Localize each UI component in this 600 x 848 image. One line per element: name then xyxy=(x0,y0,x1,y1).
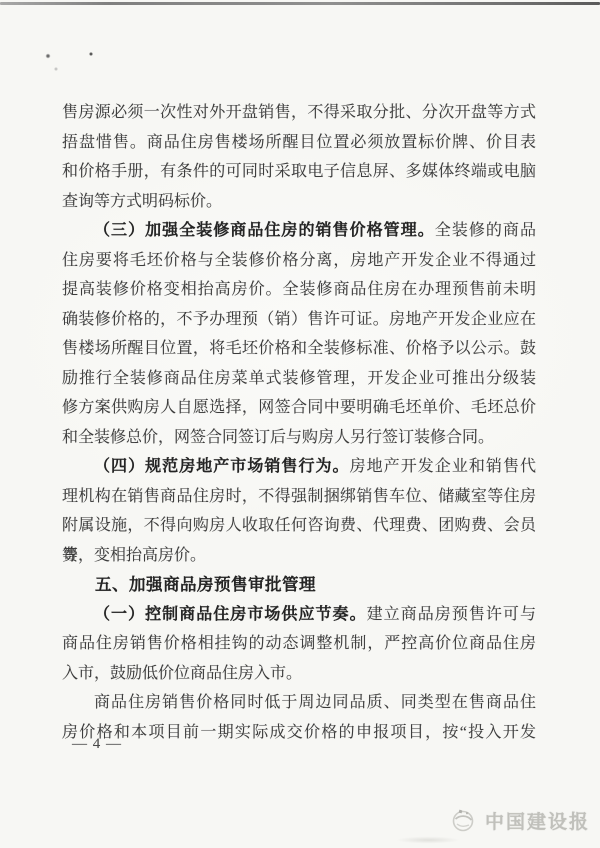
document-line: 理机构在销售商品住房时，不得强制捆绑销售车位、储藏室等住房 xyxy=(62,482,536,512)
document-line: 商品住房销售价格同时低于周边同品质、同类型在售商品住 xyxy=(62,688,536,718)
document-text: 和全装修总价，网签合同签订后与购房人另行签订装修合同。 xyxy=(62,429,494,446)
document-line: （一）控制商品住房市场供应节奏。建立商品房预售许可与 xyxy=(62,600,536,630)
document-line: 修方案供购房人自愿选择，网签合同中要明确毛坯单价、毛坯总价 xyxy=(62,393,536,423)
document-line: 确装修价格的，不予办理预（销）售许可证。房地产开发企业应在 xyxy=(62,305,536,335)
document-text: 住房要将毛坯价格与全装修价格分离，房地产开发企业不得通过 xyxy=(62,252,536,269)
footer-watermark: 中国建设报 xyxy=(450,804,590,836)
document-line: 售楼场所醒目位置，将毛坯价格和全装修标准、价格予以公示。鼓 xyxy=(62,334,536,364)
document-body: 售房源必须一次性对外开盘销售，不得采取分批、分次开盘等方式捂盘惜售。商品住房售楼… xyxy=(62,98,536,747)
document-line: 励推行全装修商品住房菜单式装修管理，开发企业可推出分级装 xyxy=(62,364,536,394)
document-line: 入市，鼓励低价位商品住房入市。 xyxy=(62,659,536,689)
document-text-bold: （一）控制商品住房市场供应节奏。 xyxy=(94,606,367,623)
document-text: 查询等方式明码标价。 xyxy=(62,193,222,210)
document-heading-line: 五、加强商品房预售审批管理 xyxy=(62,570,536,600)
document-line: 等，变相抬高房价。 xyxy=(62,541,536,571)
document-line: （三）加强全装修商品住房的销售价格管理。全装修的商品 xyxy=(62,216,536,246)
document-text: 商品住房销售价格同时低于周边同品质、同类型在售商品住 xyxy=(94,694,536,711)
brand-name: 中国建设报 xyxy=(485,807,590,834)
page-number: — 4 — xyxy=(72,736,122,753)
document-text: 售楼场所醒目位置，将毛坯价格和全装修标准、价格予以公示。鼓 xyxy=(62,340,536,357)
document-text-bold: （四）规范房地产市场销售行为。 xyxy=(94,458,350,475)
brand-logo-icon xyxy=(450,807,476,833)
document-text: 确装修价格的，不予办理预（销）售许可证。房地产开发企业应在 xyxy=(62,311,536,328)
document-line: 房价格和本项目前一期实际成交价格的申报项目，按“投入开发 xyxy=(62,718,536,748)
document-text: 理机构在销售商品住房时，不得强制捆绑销售车位、储藏室等住房 xyxy=(62,488,536,505)
document-text: 励推行全装修商品住房菜单式装修管理，开发企业可推出分级装 xyxy=(62,370,536,387)
document-text: 商品住房销售价格相挂钩的动态调整机制，严控高价位商品住房 xyxy=(62,635,536,652)
document-text: 建立商品房预售许可与 xyxy=(367,606,536,623)
document-line: 捂盘惜售。商品住房售楼场所醒目位置必须放置标价牌、价目表 xyxy=(62,128,536,158)
document-text: 修方案供购房人自愿选择，网签合同中要明确毛坯单价、毛坯总价 xyxy=(62,399,536,416)
document-text: 全装修的商品 xyxy=(435,222,536,239)
document-line: 和价格手册，有条件的可同时采取电子信息屏、多媒体终端或电脑 xyxy=(62,157,536,187)
document-text: 捂盘惜售。商品住房售楼场所醒目位置必须放置标价牌、价目表 xyxy=(62,134,536,151)
document-line: 商品住房销售价格相挂钩的动态调整机制，严控高价位商品住房 xyxy=(62,629,536,659)
document-text-bold: 五、加强商品房预售审批管理 xyxy=(95,576,316,594)
document-line: 提高装修价格变相抬高房价。全装修商品住房在办理预售前未明 xyxy=(62,275,536,305)
document-text: 入市，鼓励低价位商品住房入市。 xyxy=(62,665,302,682)
scanned-document-page: 售房源必须一次性对外开盘销售，不得采取分批、分次开盘等方式捂盘惜售。商品住房售楼… xyxy=(0,0,600,848)
document-text: 提高装修价格变相抬高房价。全装修商品住房在办理预售前未明 xyxy=(62,281,536,298)
document-line: （四）规范房地产市场销售行为。房地产开发企业和销售代 xyxy=(62,452,536,482)
document-text: 等，变相抬高房价。 xyxy=(62,547,206,564)
document-line: 查询等方式明码标价。 xyxy=(62,187,536,217)
document-text-bold: （三）加强全装修商品住房的销售价格管理。 xyxy=(94,222,435,239)
document-line: 售房源必须一次性对外开盘销售，不得采取分批、分次开盘等方式 xyxy=(62,98,536,128)
scan-edge-line xyxy=(0,2,600,5)
document-line: 住房要将毛坯价格与全装修价格分离，房地产开发企业不得通过 xyxy=(62,246,536,276)
document-text: 售房源必须一次性对外开盘销售，不得采取分批、分次开盘等方式 xyxy=(62,104,536,121)
document-text: 和价格手册，有条件的可同时采取电子信息屏、多媒体终端或电脑 xyxy=(62,163,536,180)
document-text: 房价格和本项目前一期实际成交价格的申报项目，按“投入开发 xyxy=(62,724,536,741)
document-text: 房地产开发企业和销售代 xyxy=(350,458,536,475)
document-line: 附属设施，不得向购房人收取任何咨询费、代理费、团购费、会员费 xyxy=(62,511,536,541)
document-line: 和全装修总价，网签合同签订后与购房人另行签订装修合同。 xyxy=(62,423,536,453)
